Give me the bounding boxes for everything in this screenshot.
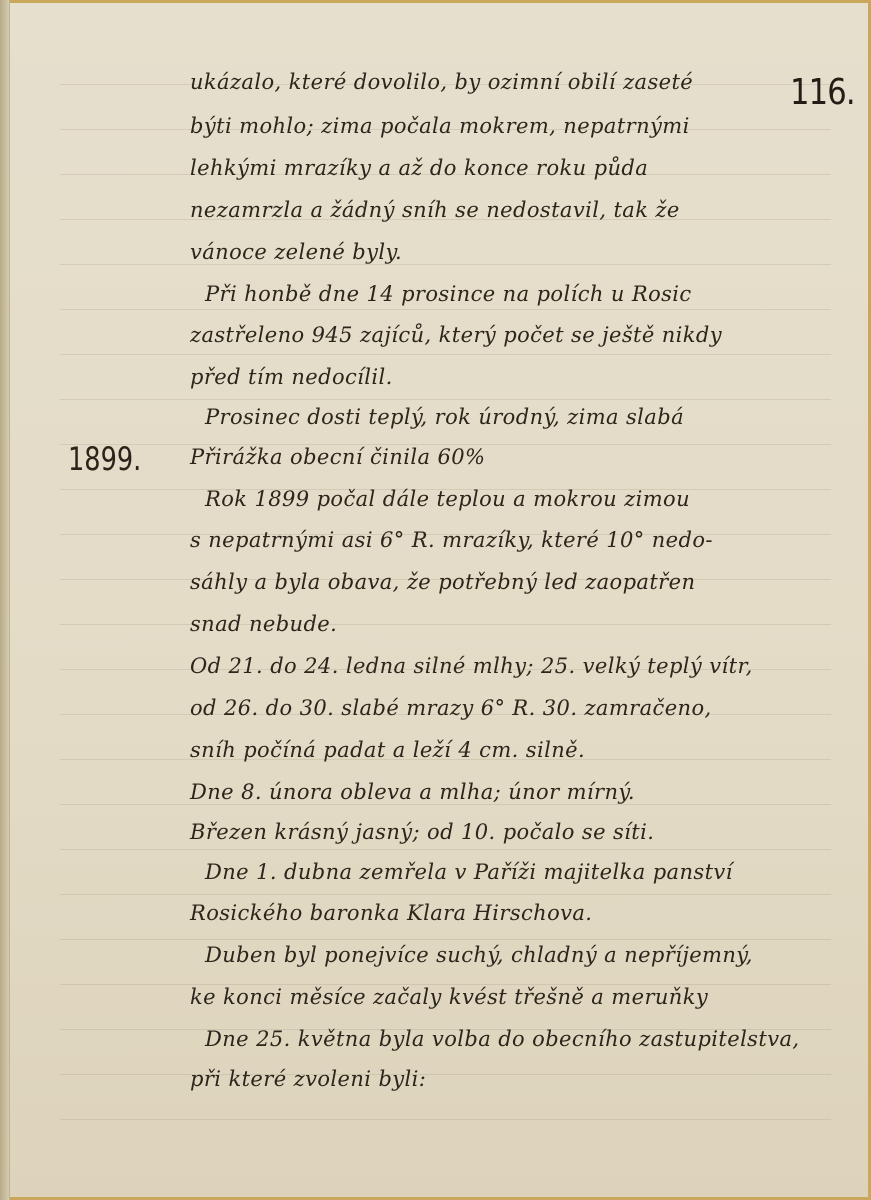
text-line: před tím nedocílil. <box>190 365 393 389</box>
margin-year: 1899. <box>68 440 141 478</box>
text-line: Dne 25. května byla volba do obecního za… <box>205 1027 799 1051</box>
text-line: Od 21. do 24. ledna silné mlhy; 25. velk… <box>190 654 753 678</box>
text-line: ukázalo, které dovolilo, by ozimní obilí… <box>190 70 693 94</box>
text-line: od 26. do 30. slabé mrazy 6° R. 30. zamr… <box>190 696 712 720</box>
text-line: ke konci měsíce začaly kvést třešně a me… <box>190 985 708 1009</box>
text-line: sníh počíná padat a leží 4 cm. silně. <box>190 738 585 762</box>
text-line: Prosinec dosti teplý, rok úrodný, zima s… <box>205 405 684 429</box>
text-line: snad nebude. <box>190 612 337 636</box>
text-line: nezamrzla a žádný sníh se nedostavil, ta… <box>190 198 680 222</box>
page-binding-edge <box>0 0 10 1200</box>
text-line: Dne 8. února obleva a mlha; únor mírný. <box>190 780 635 804</box>
text-line: s nepatrnými asi 6° R. mrazíky, které 10… <box>190 528 713 552</box>
text-line: Rok 1899 počal dále teplou a mokrou zimo… <box>205 487 690 511</box>
text-line: lehkými mrazíky a až do konce roku půda <box>190 156 648 180</box>
text-line: Při honbě dne 14 prosince na polích u Ro… <box>205 282 692 306</box>
text-line: sáhly a byla obava, že potřebný led zaop… <box>190 570 695 594</box>
folio-number: 116. <box>790 72 855 113</box>
text-line: zastřeleno 945 zajíců, který počet se je… <box>190 323 722 347</box>
manuscript-page: 116. 1899. ukázalo, které dovolilo, by o… <box>0 0 871 1200</box>
text-line: Přirážka obecní činila 60% <box>190 445 485 469</box>
text-line: při které zvoleni byli: <box>190 1067 426 1091</box>
text-line: Březen krásný jasný; od 10. počalo se sí… <box>190 820 654 844</box>
text-line: Dne 1. dubna zemřela v Paříži majitelka … <box>205 860 733 884</box>
text-line: býti mohlo; zima počala mokrem, nepatrný… <box>190 114 690 138</box>
text-line: vánoce zelené byly. <box>190 240 402 264</box>
text-line: Rosického baronka Klara Hirschova. <box>190 901 592 925</box>
text-line: Duben byl ponejvíce suchý, chladný a nep… <box>205 943 753 967</box>
